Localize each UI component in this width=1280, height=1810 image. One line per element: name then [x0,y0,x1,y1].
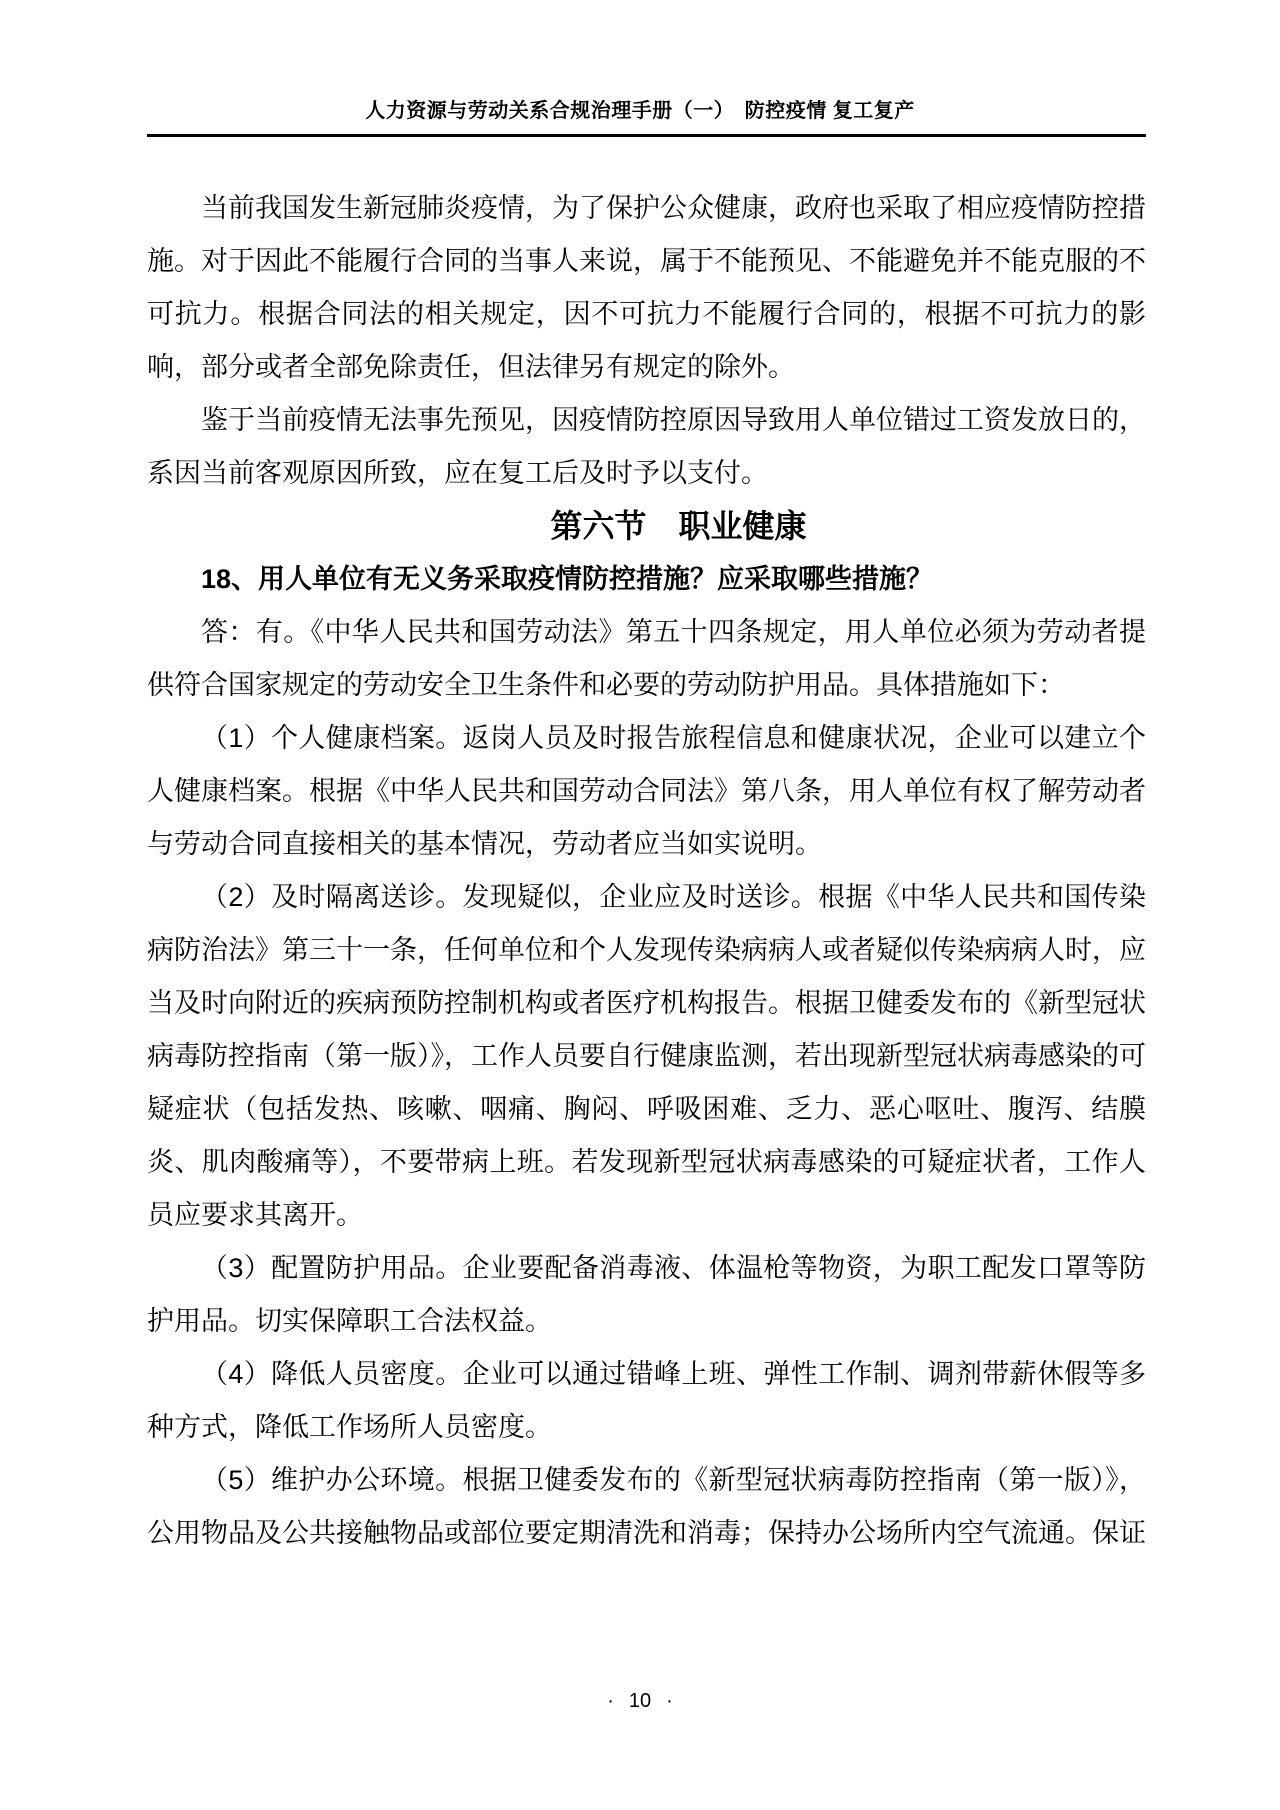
page-footer: · 10 · [0,1688,1280,1714]
question-heading: 18、用人单位有无义务采取疫情防控措施？应采取哪些措施？ [147,553,1146,606]
answer-list-item-4: （4）降低人员密度。企业可以通过错峰上班、弹性工作制、调剂带薪休假等多种方式，降… [147,1348,1146,1454]
answer-list-item-3: （3）配置防护用品。企业要配备消毒液、体温枪等物资，为职工配发口罩等防护用品。切… [147,1242,1146,1348]
answer-list-item-5: （5）维护办公环境。根据卫健委发布的《新型冠状病毒防控指南（第一版）》，公用物品… [147,1454,1146,1560]
body-paragraph: 鉴于当前疫情无法事先预见，因疫情防控原因导致用人单位错过工资发放日的，系因当前客… [147,394,1146,500]
document-page: 人力资源与劳动关系合规治理手册（一） 防控疫情 复工复产 当前我国发生新冠肺炎疫… [0,0,1280,1810]
page-header-title: 人力资源与劳动关系合规治理手册（一） 防控疫情 复工复产 [0,0,1280,125]
document-body: 当前我国发生新冠肺炎疫情，为了保护公众健康，政府也采取了相应疫情防控措施。对于因… [147,182,1146,1560]
page-number: 10 [629,1688,651,1714]
answer-list-item-1: （1）个人健康档案。返岗人员及时报告旅程信息和健康状况，企业可以建立个人健康档案… [147,712,1146,871]
section-heading: 第六节 职业健康 [147,500,1146,553]
answer-paragraph: 答：有。《中华人民共和国劳动法》第五十四条规定，用人单位必须为劳动者提供符合国家… [147,606,1146,712]
footer-dot-right: · [666,1688,673,1714]
answer-list-item-2: （2）及时隔离送诊。发现疑似，企业应及时送诊。根据《中华人民共和国传染病防治法》… [147,871,1146,1242]
header-rule [147,134,1146,137]
footer-dot-left: · [607,1688,614,1714]
body-paragraph: 当前我国发生新冠肺炎疫情，为了保护公众健康，政府也采取了相应疫情防控措施。对于因… [147,182,1146,394]
